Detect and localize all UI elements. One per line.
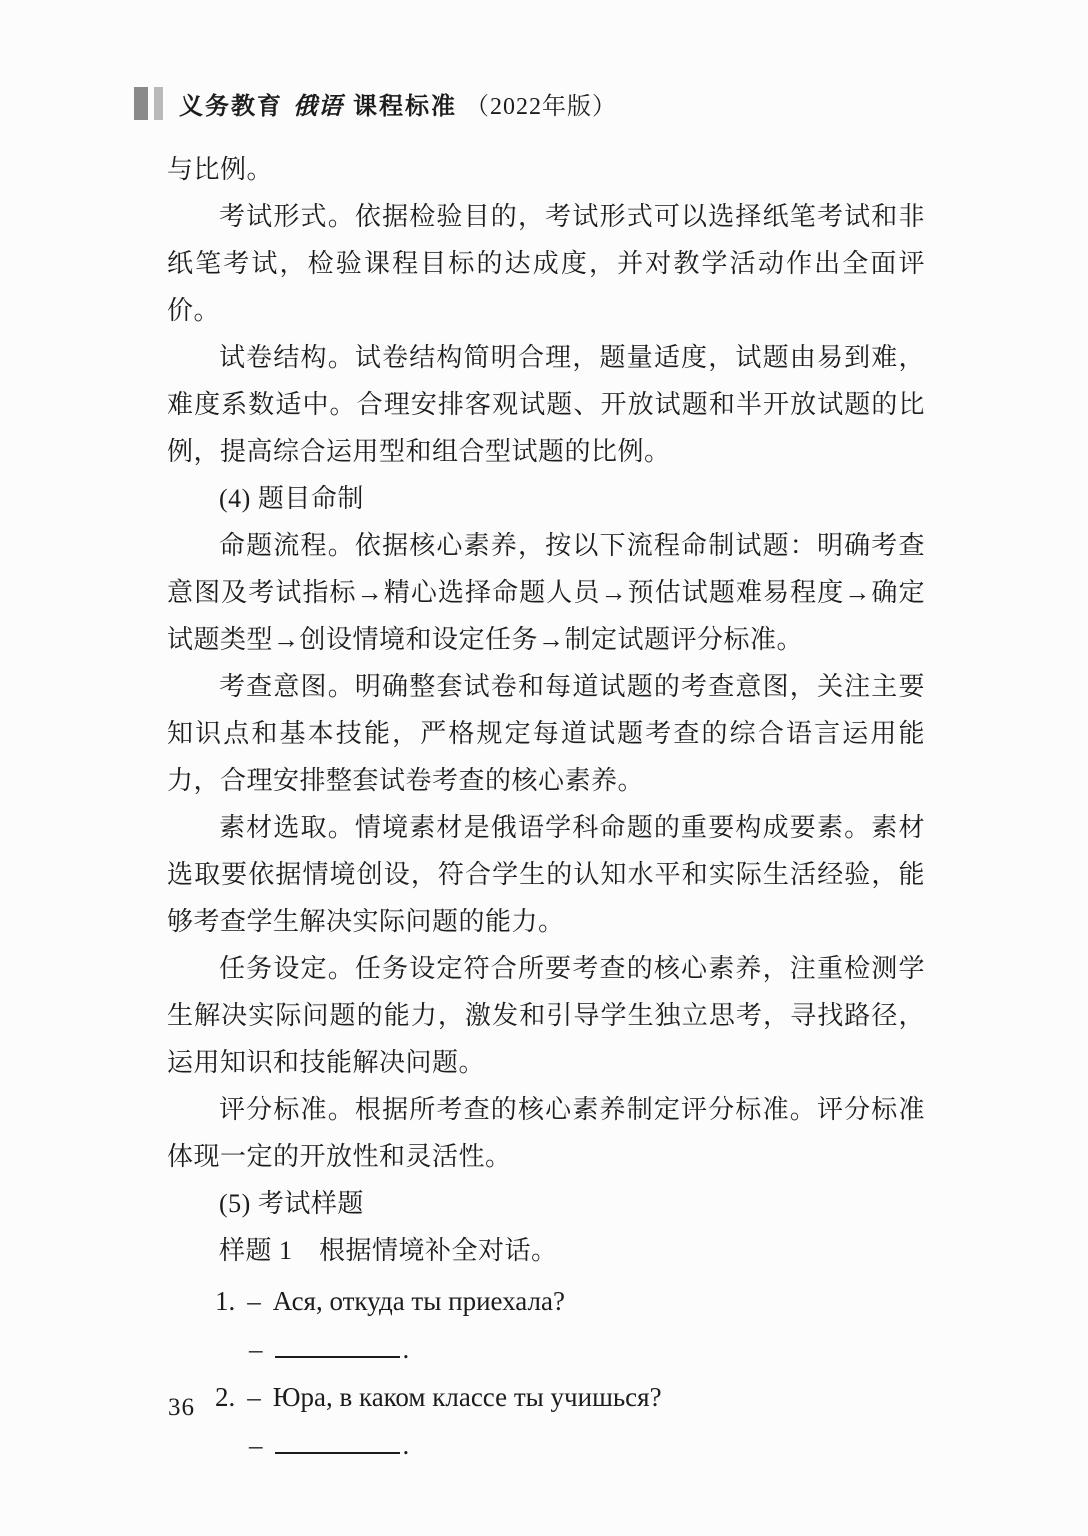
paragraph-item-writing-process: 命题流程。依据核心素养，按以下流程命制试题：明确考查意图及考试指标→精心选择命题… <box>167 522 925 663</box>
subject-label: 俄语 <box>293 86 343 121</box>
heading-item-5: (5) 考试样题 <box>167 1180 925 1227</box>
heading-item-4: (4) 题目命制 <box>167 475 925 522</box>
header-bar-light-icon <box>154 87 163 120</box>
paragraph-continuation: 与比例。 <box>167 146 925 193</box>
sample-question-caption: 样题 1 根据情境补全对话。 <box>167 1227 925 1274</box>
question-text: Ася, откуда ты приехала? <box>273 1286 565 1316</box>
dialogue-dash: – <box>249 1430 263 1460</box>
paragraph-exam-format: 考试形式。依据检验目的，考试形式可以选择纸笔考试和非纸笔考试，检验课程目标的达成… <box>167 193 925 334</box>
dialogue-dash: – <box>249 1334 263 1364</box>
running-head: 义务教育 俄语 课程标准 （2022年版） <box>134 86 617 121</box>
paragraph-material-selection: 素材选取。情境素材是俄语学科命题的重要构成要素。素材选取要依据情境创设，符合学生… <box>167 804 925 945</box>
paragraph-paper-structure: 试卷结构。试卷结构简明合理，题量适度，试题由易到难，难度系数适中。合理安排客观试… <box>167 334 925 475</box>
answer-blank-line <box>275 1356 400 1358</box>
dialogue-dash: – <box>247 1286 261 1316</box>
item-number: 1. <box>215 1286 235 1316</box>
answer-period: . <box>403 1430 410 1460</box>
answer-blank-line <box>275 1452 400 1454</box>
book-page: 义务教育 俄语 课程标准 （2022年版） 与比例。 考试形式。依据检验目的，考… <box>0 0 1088 1536</box>
standard-title: 课程标准 <box>353 86 457 121</box>
sample-dialogue: 1.–Ася, откуда ты приехала? –. 2.–Юра, в… <box>215 1277 925 1469</box>
dialogue-dash: – <box>247 1382 261 1412</box>
dialogue-question-2: 2.–Юра, в каком классе ты учишься? <box>215 1373 925 1421</box>
series-label: 义务教育 <box>179 86 283 121</box>
paragraph-scoring-criteria: 评分标准。根据所考查的核心素养制定评分标准。评分标准体现一定的开放性和灵活性。 <box>167 1086 925 1180</box>
running-head-text: 义务教育 俄语 课程标准 （2022年版） <box>179 86 617 121</box>
edition-label: （2022年版） <box>465 86 617 121</box>
page-number: 36 <box>168 1394 195 1422</box>
dialogue-answer-2: –. <box>249 1421 925 1469</box>
text-block: 与比例。 考试形式。依据检验目的，考试形式可以选择纸笔考试和非纸笔考试，检验课程… <box>167 146 925 1469</box>
paragraph-task-setting: 任务设定。任务设定符合所要考查的核心素养，注重检测学生解决实际问题的能力，激发和… <box>167 945 925 1086</box>
dialogue-question-1: 1.–Ася, откуда ты приехала? <box>215 1277 925 1325</box>
question-text: Юра, в каком классе ты учишься? <box>273 1382 662 1412</box>
paragraph-assessment-intent: 考查意图。明确整套试卷和每道试题的考查意图，关注主要知识点和基本技能，严格规定每… <box>167 663 925 804</box>
header-bar-dark-icon <box>134 87 148 120</box>
item-number: 2. <box>215 1382 235 1412</box>
answer-period: . <box>403 1334 410 1364</box>
dialogue-answer-1: –. <box>249 1325 925 1373</box>
